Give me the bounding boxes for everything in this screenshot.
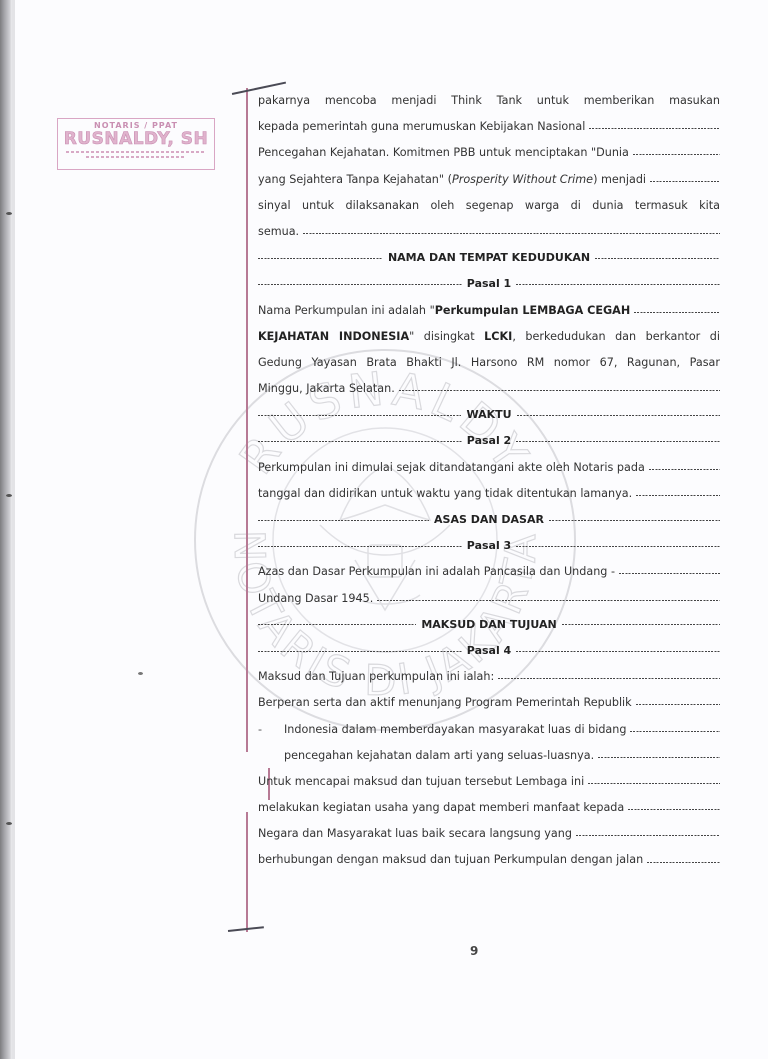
bullet-line: -Indonesia dalam memberdayakan masyaraka… [258, 717, 720, 743]
binding-hole-mark [6, 822, 12, 825]
text-line: yang Sejahtera Tanpa Kejahatan" (Prosper… [258, 167, 720, 193]
binding-edge [12, 0, 15, 1059]
text-line: tanggal dan didirikan untuk waktu yang t… [258, 481, 720, 507]
text-line: Nama Perkumpulan ini adalah "Perkumpulan… [258, 298, 720, 324]
bullet-marker: - [258, 717, 262, 743]
text-line: Undang Dasar 1945. [258, 586, 720, 612]
document-page: RUSNALDY NOTARIS DI JAKARTA NOTARIS / PP… [0, 0, 768, 1059]
text-line: sinyal untuk dilaksanakan oleh segenap w… [258, 193, 720, 219]
stamp-address-line [86, 156, 186, 158]
pasal-heading: Pasal 4 [258, 638, 720, 664]
pasal-heading: Pasal 2 [258, 428, 720, 454]
margin-line-main [246, 88, 248, 752]
binding-hole-mark [6, 212, 12, 215]
section-heading: ASAS DAN DASAR [258, 507, 720, 533]
stamp-name: RUSNALDY, SH [58, 131, 214, 148]
text-line: berhubungan dengan maksud dan tujuan Per… [258, 847, 720, 873]
text-line: semua. [258, 219, 720, 245]
binding-hole-mark [6, 494, 12, 497]
text-line: Perkumpulan ini dimulai sejak ditandatan… [258, 455, 720, 481]
section-heading: MAKSUD DAN TUJUAN [258, 612, 720, 638]
text-line: Negara dan Masyarakat luas baik secara l… [258, 821, 720, 847]
text-line: Untuk mencapai maksud dan tujuan tersebu… [258, 769, 720, 795]
text-line: pakarnya mencoba menjadi Think Tank untu… [258, 88, 720, 114]
notary-stamp: NOTARIS / PPAT RUSNALDY, SH [57, 118, 215, 170]
page-number: 9 [470, 944, 478, 958]
text-line: Gedung Yayasan Brata Bhakti Jl. Harsono … [258, 350, 720, 376]
text-line: KEJAHATAN INDONESIA" disingkat LCKI, ber… [258, 324, 720, 350]
pasal-heading: Pasal 3 [258, 533, 720, 559]
section-heading: NAMA DAN TEMPAT KEDUDUKAN [258, 245, 720, 271]
stamp-address-line [66, 151, 206, 153]
margin-line-closing [246, 812, 248, 932]
text-line: melakukan kegiatan usaha yang dapat memb… [258, 795, 720, 821]
text-line: Minggu, Jakarta Selatan. [258, 376, 720, 402]
text-line: Pencegahan Kejahatan. Komitmen PBB untuk… [258, 140, 720, 166]
text-line: Maksud dan Tujuan perkumpulan ini ialah: [258, 664, 720, 690]
section-heading: WAKTU [258, 402, 720, 428]
document-body: pakarnya mencoba menjadi Think Tank untu… [258, 88, 720, 874]
text-line: Berperan serta dan aktif menunjang Progr… [258, 690, 720, 716]
paper-speck [138, 672, 143, 675]
text-line: kepada pemerintah guna merumuskan Kebija… [258, 114, 720, 140]
pasal-heading: Pasal 1 [258, 271, 720, 297]
binding-strip [0, 0, 12, 1059]
bullet-line: pencegahan kejahatan dalam arti yang sel… [258, 743, 720, 769]
text-line: Azas dan Dasar Perkumpulan ini adalah Pa… [258, 559, 720, 585]
